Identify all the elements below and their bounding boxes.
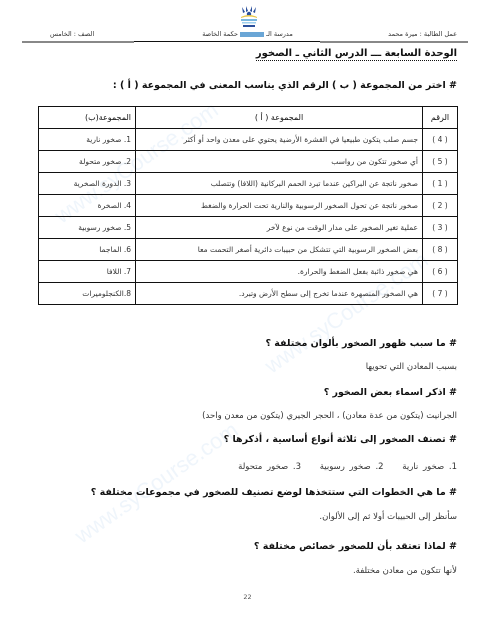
table-row: ( 3 ) عملية تغير الصخور على مدار الوقت م…: [39, 217, 458, 239]
header-divider: [320, 41, 468, 43]
answer-3-item: 3. صخور متحولة: [238, 462, 301, 472]
answer-1: بسبب المعادن التي تحويها: [366, 362, 457, 372]
row-answer-num: ( 5 ): [423, 151, 458, 173]
answer-2: الجرانيت (يتكون من عدة معادن) ، الحجر ال…: [202, 411, 457, 421]
header-num: الرقم: [423, 107, 458, 129]
row-definition: جسم صلب يتكون طبيعيا في القشرة الأرضية ي…: [136, 129, 423, 151]
watermark: www.syCourse.com: [70, 417, 243, 549]
row-answer-num: ( 6 ): [423, 261, 458, 283]
table-row: ( 5 ) أي صخور تتكون من رواسب 2. صخور متح…: [39, 151, 458, 173]
page-title: الوحدة السابعة ـــ الدرس الثاني ـ الصخور: [256, 48, 457, 61]
row-answer-num: ( 1 ): [423, 173, 458, 195]
row-definition: صخور ناتجة عن تحول الصخور الرسوبية والنا…: [136, 195, 423, 217]
question-2: # اذكر اسماء بعض الصخور ؟: [324, 387, 457, 398]
header-group-b: المجموعة(ب): [39, 107, 136, 129]
matching-instruction: # اختر من المجموعة ( ب ) الرقم الذي يناس…: [113, 80, 457, 91]
row-definition: عملية تغير الصخور على مدار الوقت من نوع …: [136, 217, 423, 239]
row-answer-num: ( 7 ): [423, 283, 458, 305]
header-divider: [22, 41, 134, 43]
row-definition: بعض الصخور الرسوبية التي تتشكل من حبيبات…: [136, 239, 423, 261]
row-term: 1. صخور نارية: [39, 129, 136, 151]
table-row: ( 1 ) صخور ناتجة عن البراكين عندما تبرد …: [39, 173, 458, 195]
document-page: www.syCourse.com www.syCourse.com www.sy…: [0, 0, 495, 640]
row-answer-num: ( 2 ): [423, 195, 458, 217]
row-definition: صخور ناتجة عن البراكين عندما تبرد الحمم …: [136, 173, 423, 195]
school-name-prefix: مدرسة الـ: [266, 30, 293, 38]
row-term: 2. صخور متحولة: [39, 151, 136, 173]
question-4: # ما هي الخطوات التي ستتخذها لوضع تصنيف …: [91, 487, 457, 498]
answer-3-item: 2. صخور رسوبية: [320, 462, 384, 472]
table-row: ( 8 ) بعض الصخور الرسوبية التي تتشكل من …: [39, 239, 458, 261]
table-header-row: الرقم المجموعة ( أ ) المجموعة(ب): [39, 107, 458, 129]
question-1: # ما سبب ظهور الصخور بألوان مختلفة ؟: [265, 338, 457, 349]
school-logo-icon: [238, 5, 260, 29]
row-term: 7. اللافا: [39, 261, 136, 283]
row-definition: أي صخور تتكون من رواسب: [136, 151, 423, 173]
question-5: # لماذا تعتقد بأن للصخور خصائص مختلفة ؟: [254, 541, 457, 552]
row-term: 6. الماجما: [39, 239, 136, 261]
table-row: ( 7 ) هي الصخور المنصهرة عندما تخرج إلى …: [39, 283, 458, 305]
answer-3: 1. صخور نارية 2. صخور رسوبية 3. صخور متح…: [224, 462, 457, 472]
grade-label: الصف : الخامس: [50, 30, 94, 38]
answer-3-item: 1. صخور نارية: [402, 462, 457, 472]
header-group-a: المجموعة ( أ ): [136, 107, 423, 129]
row-answer-num: ( 3 ): [423, 217, 458, 239]
row-term: 3. الدورة الصخرية: [39, 173, 136, 195]
row-definition: هي صخور ذائبة بفعل الضغط والحرارة.: [136, 261, 423, 283]
table-row: ( 6 ) هي صخور ذائبة بفعل الضغط والحرارة.…: [39, 261, 458, 283]
row-answer-num: ( 8 ): [423, 239, 458, 261]
table-row: ( 4 ) جسم صلب يتكون طبيعيا في القشرة الأ…: [39, 129, 458, 151]
school-badge-icon: [240, 32, 264, 37]
row-term: 4. الصخرة: [39, 195, 136, 217]
answer-4: سأنظر إلى الحبيبات أولا ثم إلى الألوان.: [319, 512, 457, 522]
matching-table: الرقم المجموعة ( أ ) المجموعة(ب) ( 4 ) ج…: [38, 106, 458, 305]
school-name-suffix: حكمة الخاصة: [202, 30, 238, 38]
table-row: ( 2 ) صخور ناتجة عن تحول الصخور الرسوبية…: [39, 195, 458, 217]
answer-5: لأنها تتكون من معادن مختلفة.: [353, 566, 457, 576]
header-divider: [134, 41, 320, 42]
row-answer-num: ( 4 ): [423, 129, 458, 151]
row-term: 5. صخور رسوبية: [39, 217, 136, 239]
question-3: # تصنف الصخور إلى ثلاثة أنواع أساسية ، أ…: [224, 434, 457, 445]
page-number: 22: [0, 593, 495, 601]
row-term: 8.الكنجلوميرات: [39, 283, 136, 305]
row-definition: هي الصخور المنصهرة عندما تخرج إلى سطح ال…: [136, 283, 423, 305]
